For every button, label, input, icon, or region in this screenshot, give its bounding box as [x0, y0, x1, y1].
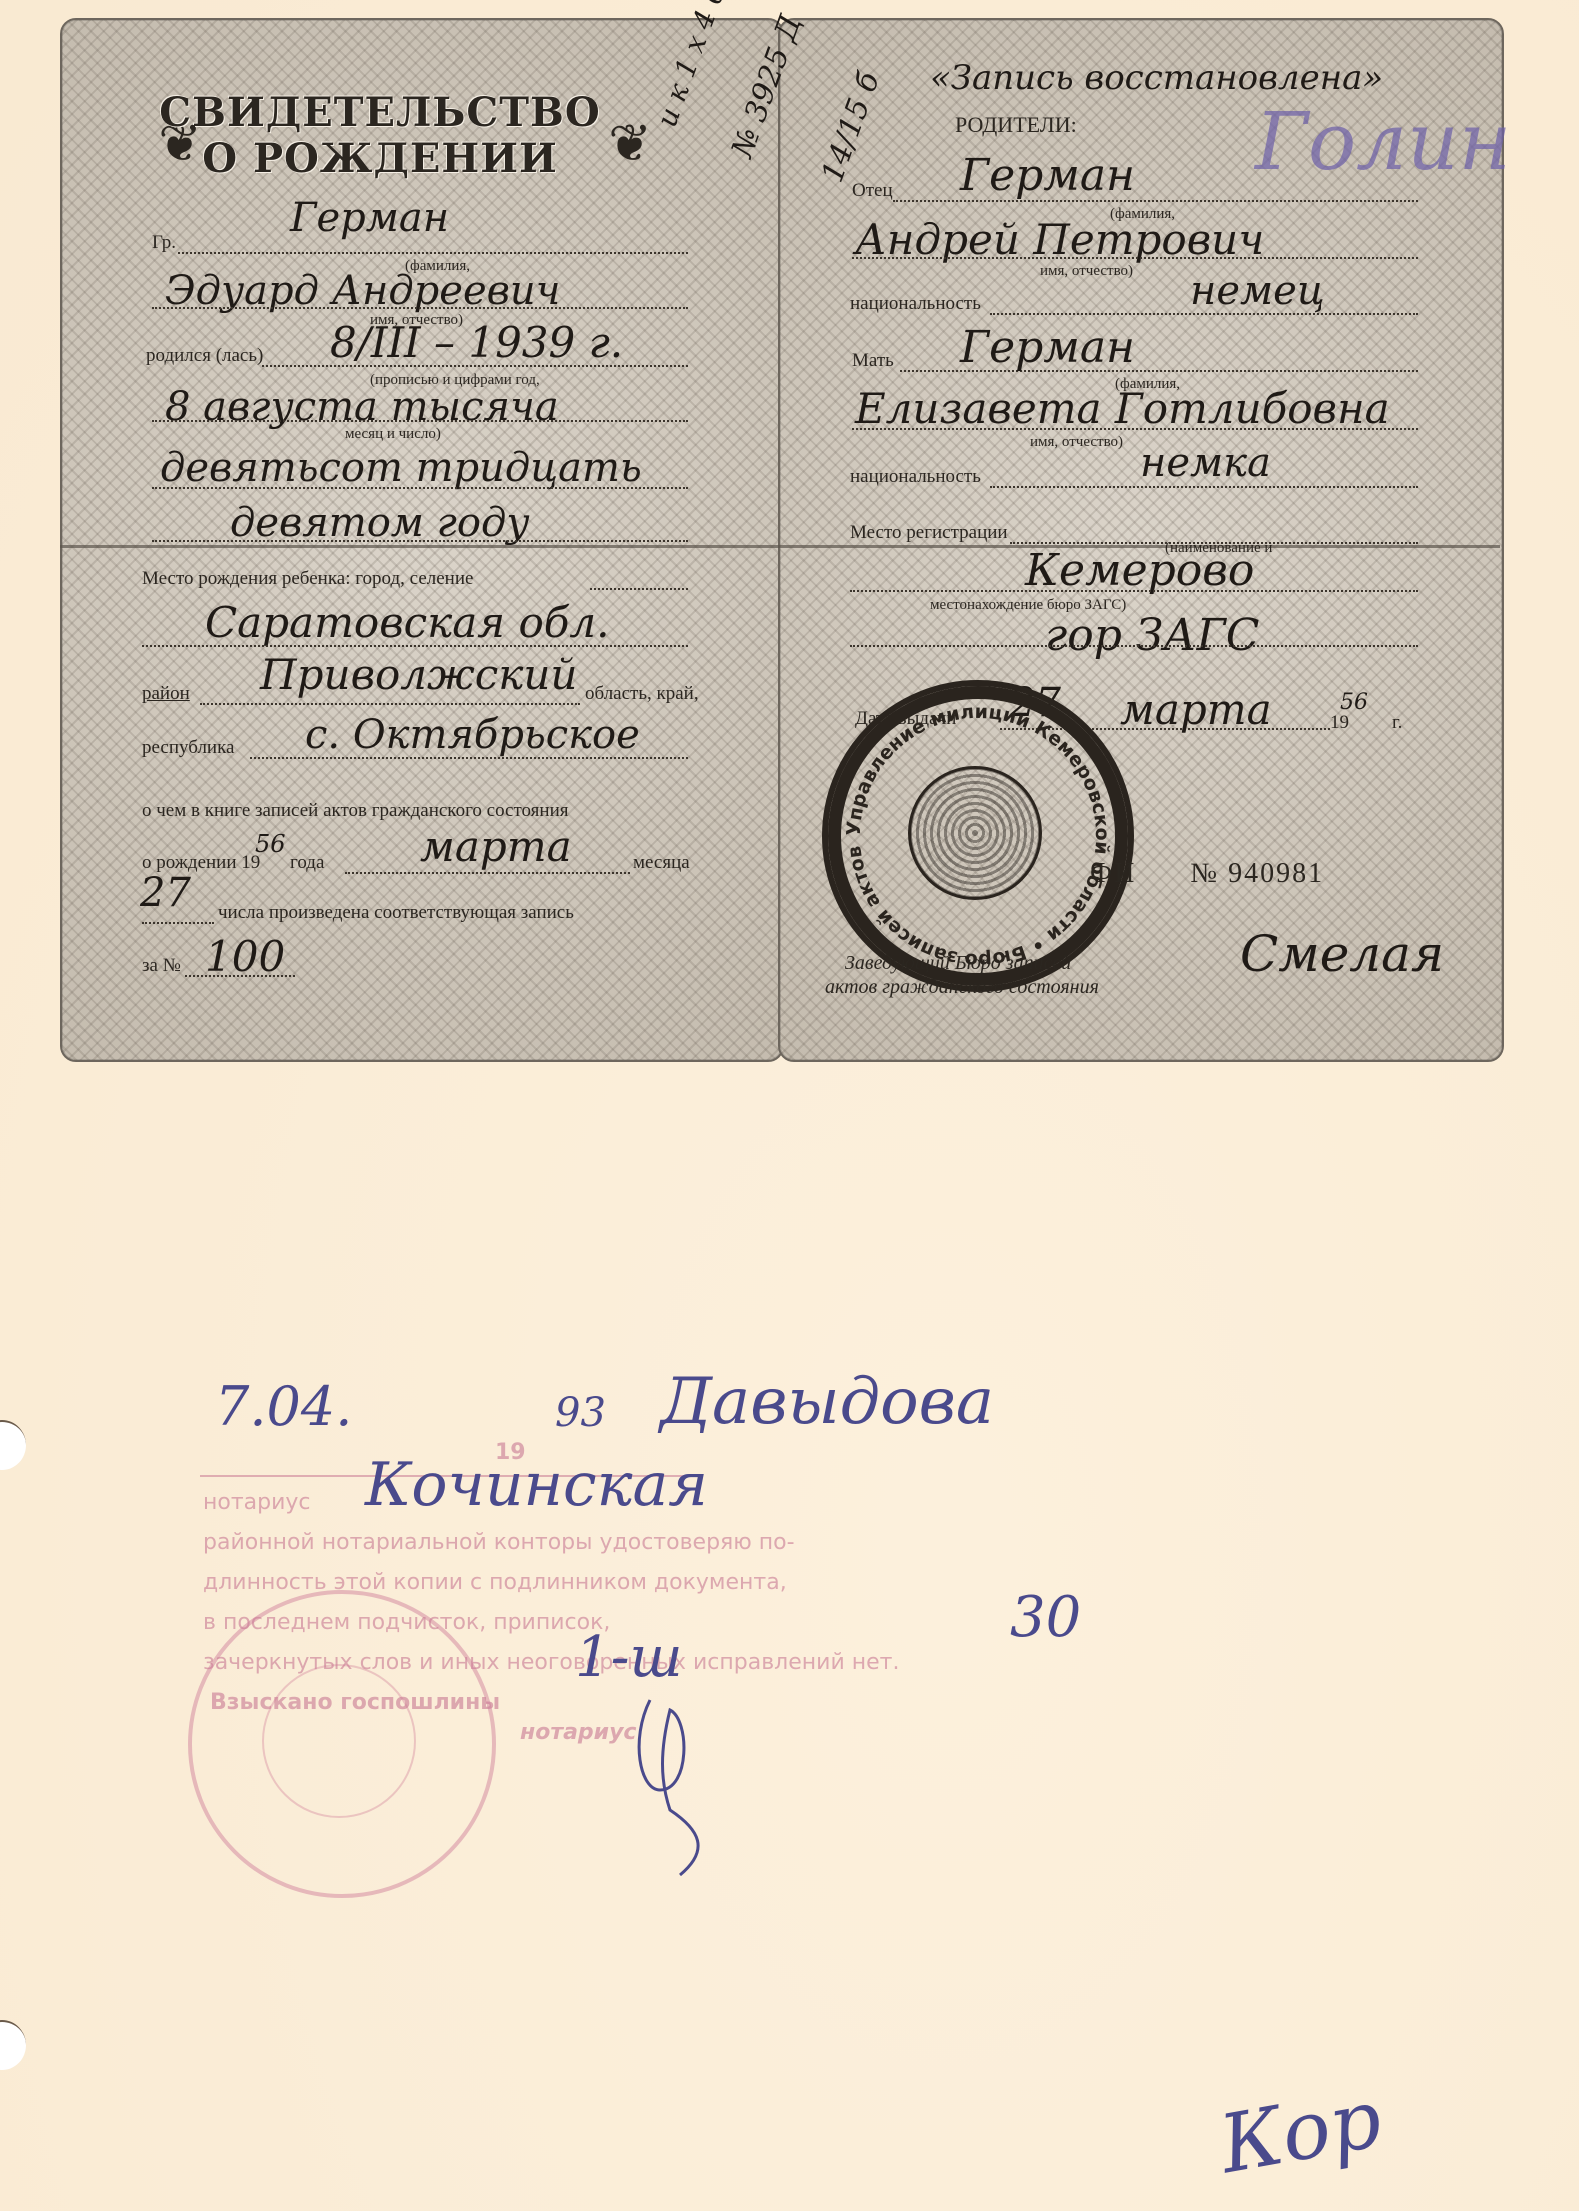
field-line [152, 420, 688, 422]
birthplace-region: Саратовская обл. [205, 598, 609, 647]
father-nationality: немец [1190, 268, 1325, 314]
punch-hole [0, 2020, 26, 2070]
title-line-1: СВИДЕТЕЛЬСТВО [140, 90, 620, 136]
field-line [850, 645, 1418, 647]
village: с. Октябрьское [305, 712, 640, 758]
birth-date-words-2: девятьсот тридцать [160, 445, 642, 491]
field-line [178, 252, 688, 254]
field-line [850, 590, 1418, 592]
mother-surname: Герман [960, 322, 1135, 373]
printed-line: длинность этой копии с подлинником докум… [203, 1570, 787, 1595]
record-day: 27 [140, 870, 191, 916]
number-label: № [1190, 858, 1219, 889]
annotation-restored: «Запись восстановлена» [930, 58, 1383, 98]
mother-nationality: немка [1140, 440, 1271, 486]
punch-hole [0, 1420, 26, 1470]
head-signature: Смелая [1240, 925, 1444, 983]
label-republic: республика [142, 737, 234, 759]
registry-office-stamp: Управление милиции Кемеровской области •… [822, 680, 1134, 992]
label-registration: Место регистрации [850, 522, 1008, 544]
label-oblast: область, край, [585, 683, 699, 705]
violet-signature: Голин [1255, 95, 1511, 188]
record-text-1: о чем в книге записей актов гражданского… [142, 800, 569, 822]
caption-name: имя, отчество) [1040, 263, 1133, 280]
notary-emblem-icon [262, 1664, 416, 1818]
child-surname: Герман [290, 195, 449, 241]
notary-initial-signature-icon [620, 1680, 740, 1880]
field-line [590, 588, 688, 590]
label-birthplace: Место рождения ребенка: город, селение [142, 568, 473, 590]
notary-office-stamp [188, 1590, 496, 1898]
field-line [152, 540, 688, 542]
certificate-serial: ФИ № 940981 [1090, 858, 1324, 890]
series: ФИ [1090, 858, 1136, 889]
label-record-month: месяца [633, 852, 690, 874]
field-line [142, 645, 688, 647]
issue-year-prefix: 19 [1330, 712, 1349, 734]
record-text-2: числа произведена соответствующая запись [218, 902, 574, 924]
notary-handwritten-date: 7.04. [215, 1375, 352, 1438]
caption-name: имя, отчество) [1030, 434, 1123, 451]
label-nationality: национальность [850, 466, 981, 488]
label-parents: РОДИТЕЛИ: [955, 112, 1077, 138]
head-title-1: Заведующий Бюро записей [845, 952, 1071, 975]
father-surname: Герман [960, 150, 1135, 201]
label-district: район [142, 683, 190, 705]
registration-place: Кемерово [1025, 545, 1254, 596]
caption-month: месяц и число) [345, 426, 441, 443]
field-line [152, 487, 688, 489]
field-line [990, 486, 1418, 488]
mother-name: Елизавета Готлибовна [855, 384, 1390, 433]
certificate-title: СВИДЕТЕЛЬСТВО О РОЖДЕНИИ [140, 90, 620, 182]
field-line [345, 872, 630, 874]
label-record-no: за № [142, 955, 181, 977]
record-year: 56 [255, 830, 286, 858]
issue-year: 56 [1340, 690, 1368, 715]
label-born: родился (лась) [146, 345, 263, 367]
field-line [200, 703, 580, 705]
coat-of-arms-emblem-icon [908, 766, 1042, 900]
field-line [152, 307, 688, 309]
label-gr: Гр. [152, 232, 176, 254]
bottom-signature: Кор [1213, 2072, 1388, 2192]
certificate-number: 940981 [1228, 858, 1324, 889]
notary-handwritten-surname: Давыдова [660, 1365, 994, 1439]
label-mother: Мать [852, 350, 894, 372]
issue-month: марта [1120, 685, 1272, 734]
label-father: Отец [852, 180, 893, 202]
document-page: ❦ ❦ СВИДЕТЕЛЬСТВО О РОЖДЕНИИ Герман Гр. … [0, 0, 1579, 2211]
title-line-2: О РОЖДЕНИИ [140, 136, 620, 182]
label-nationality: национальность [850, 293, 981, 315]
field-line [852, 428, 1418, 430]
record-number: 100 [205, 932, 285, 981]
field-line [142, 922, 214, 924]
record-month: марта [420, 822, 572, 871]
notary-fee: 30 [1010, 1585, 1081, 1650]
registration-office: гор ЗАГС [1045, 610, 1259, 661]
birth-date-words-1: 8 августа тысяча [165, 384, 559, 430]
label-record-year: года [290, 852, 324, 874]
printed-label-notary-sign: нотариус [520, 1720, 636, 1745]
birth-date-numeric: 8/III – 1939 г. [330, 318, 623, 367]
printed-label-notary: нотариус [203, 1490, 311, 1515]
notary-handwritten-name: Кочинская [365, 1450, 708, 1520]
field-line [852, 257, 1418, 259]
printed-line: районной нотариальной конторы удостоверя… [203, 1530, 795, 1555]
head-title-2: актов гражданского состояния [825, 976, 1099, 999]
district: Приволжский [260, 650, 577, 699]
notary-handwritten-year: 93 [555, 1390, 606, 1436]
issue-year-suffix: г. [1392, 712, 1402, 734]
